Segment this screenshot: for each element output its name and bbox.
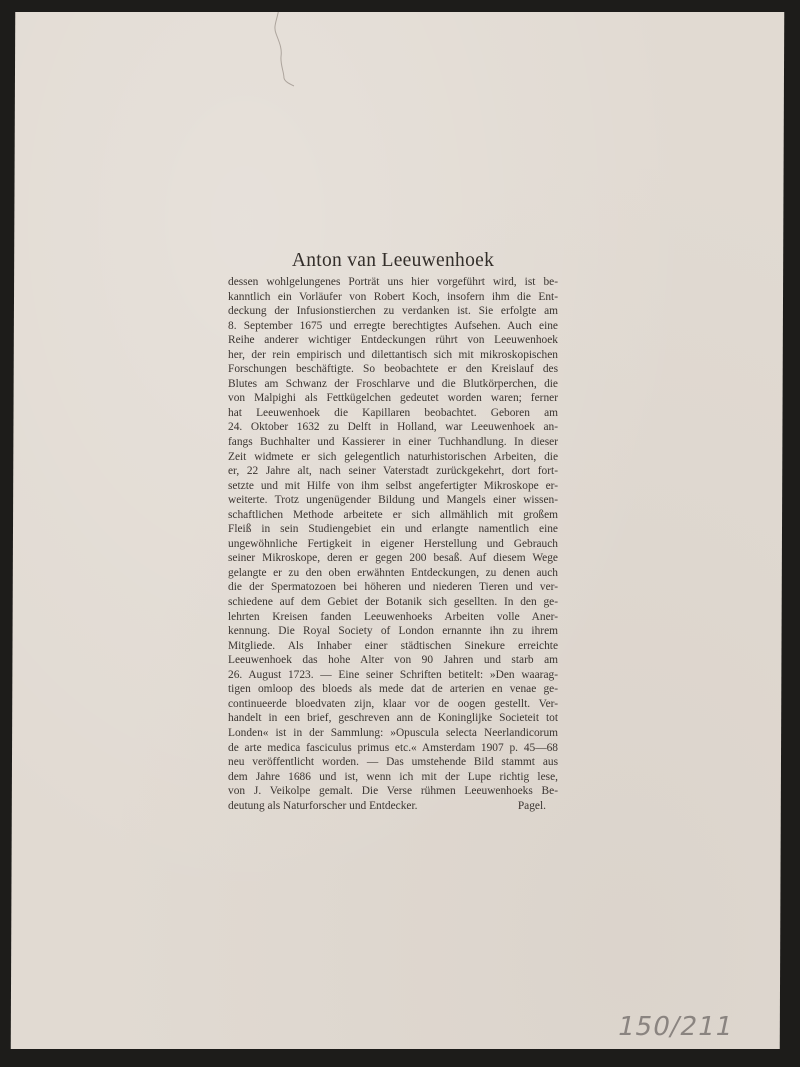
- body-line: Zeit widmete er sich gelegentlich naturh…: [228, 450, 558, 465]
- body-line: gelangte er zu den oben erwähnten Entdec…: [228, 566, 558, 581]
- body-line: die der Spermatozoen bei höheren und nie…: [228, 580, 558, 595]
- body-line: von J. Veikolpe gemalt. Die Verse rühmen…: [228, 784, 558, 799]
- body-line: Fleiß in sein Studiengebiet ein und erla…: [228, 522, 558, 537]
- article-title: Anton van Leeuwenhoek: [228, 250, 558, 272]
- body-line: fangs Buchhalter und Kassierer in einer …: [228, 435, 558, 450]
- body-line: Forschungen beschäftigte. So beobachtete…: [228, 362, 558, 377]
- body-line: kennung. Die Royal Society of London ern…: [228, 624, 558, 639]
- body-line: 8. September 1675 und erregte berechtigt…: [228, 319, 558, 334]
- author-signature: Pagel.: [518, 799, 546, 814]
- body-line: ungewöhnliche Fertigkeit in eigener Hers…: [228, 537, 558, 552]
- body-line: deckung der Infusionstierchen zu verdank…: [228, 304, 558, 319]
- body-line: seiner Mikroskope, deren er gegen 200 be…: [228, 551, 558, 566]
- body-line: handelt in een brief, geschreven ann de …: [228, 711, 558, 726]
- body-line: de arte medica fasciculus primus etc.« A…: [228, 741, 558, 756]
- body-line: 26. August 1723. — Eine seiner Schriften…: [228, 668, 558, 683]
- body-line: kanntlich ein Vorläufer von Robert Koch,…: [228, 290, 558, 305]
- body-line: 24. Oktober 1632 zu Delft in Holland, wa…: [228, 420, 558, 435]
- body-line: hat Leeuwenhoek die Kapillaren beobachte…: [228, 406, 558, 421]
- body-line: er, 22 Jahre alt, nach seiner Vaterstadt…: [228, 464, 558, 479]
- body-line: schiedene auf dem Gebiet der Botanik sic…: [228, 595, 558, 610]
- body-line: deutung als Naturforscher und Entdecker.…: [228, 799, 558, 814]
- body-line: tigen omloop des bloeds als mede dat de …: [228, 682, 558, 697]
- body-line: neu veröffentlicht worden. — Das umstehe…: [228, 755, 558, 770]
- body-line: schaftlichen Methode arbeitete er sich a…: [228, 508, 558, 523]
- body-line: Londen« ist in der Sammlung: »Opuscula s…: [228, 726, 558, 741]
- body-line: Blutes am Schwanz der Froschlarve und di…: [228, 377, 558, 392]
- body-line: her, der rein empirisch und dilettantisc…: [228, 348, 558, 363]
- body-line: Mitgliede. Als Inhaber einer städtischen…: [228, 639, 558, 654]
- body-line: Leeuwenhoek das hohe Alter von 90 Jahren…: [228, 653, 558, 668]
- article: Anton van Leeuwenhoek dessen wohlgelunge…: [228, 250, 558, 813]
- article-body: dessen wohlgelungenes Porträt uns hier v…: [228, 275, 558, 813]
- body-line: von Malpighi als Fettkügelchen gedeutet …: [228, 391, 558, 406]
- body-line: dessen wohlgelungenes Porträt uns hier v…: [228, 275, 558, 290]
- body-line: continueerde bloedvaten zijn, klaar vor …: [228, 697, 558, 712]
- body-line: Reihe anderer wichtiger Entdeckungen rüh…: [228, 333, 558, 348]
- handwritten-inventory-number: 150/211: [615, 1012, 736, 1042]
- body-line: weiterte. Trotz ungenügender Bildung und…: [228, 493, 558, 508]
- body-line: setzte und mit Hilfe von ihm selbst ange…: [228, 479, 558, 494]
- last-line-text: deutung als Naturforscher und Entdecker.: [228, 800, 417, 812]
- paper-crease-mark: [270, 12, 300, 92]
- body-line: lehrten Kreisen fanden Leeuwenhoeks Arbe…: [228, 610, 558, 625]
- body-line: dem Jahre 1686 und ist, wenn ich mit der…: [228, 770, 558, 785]
